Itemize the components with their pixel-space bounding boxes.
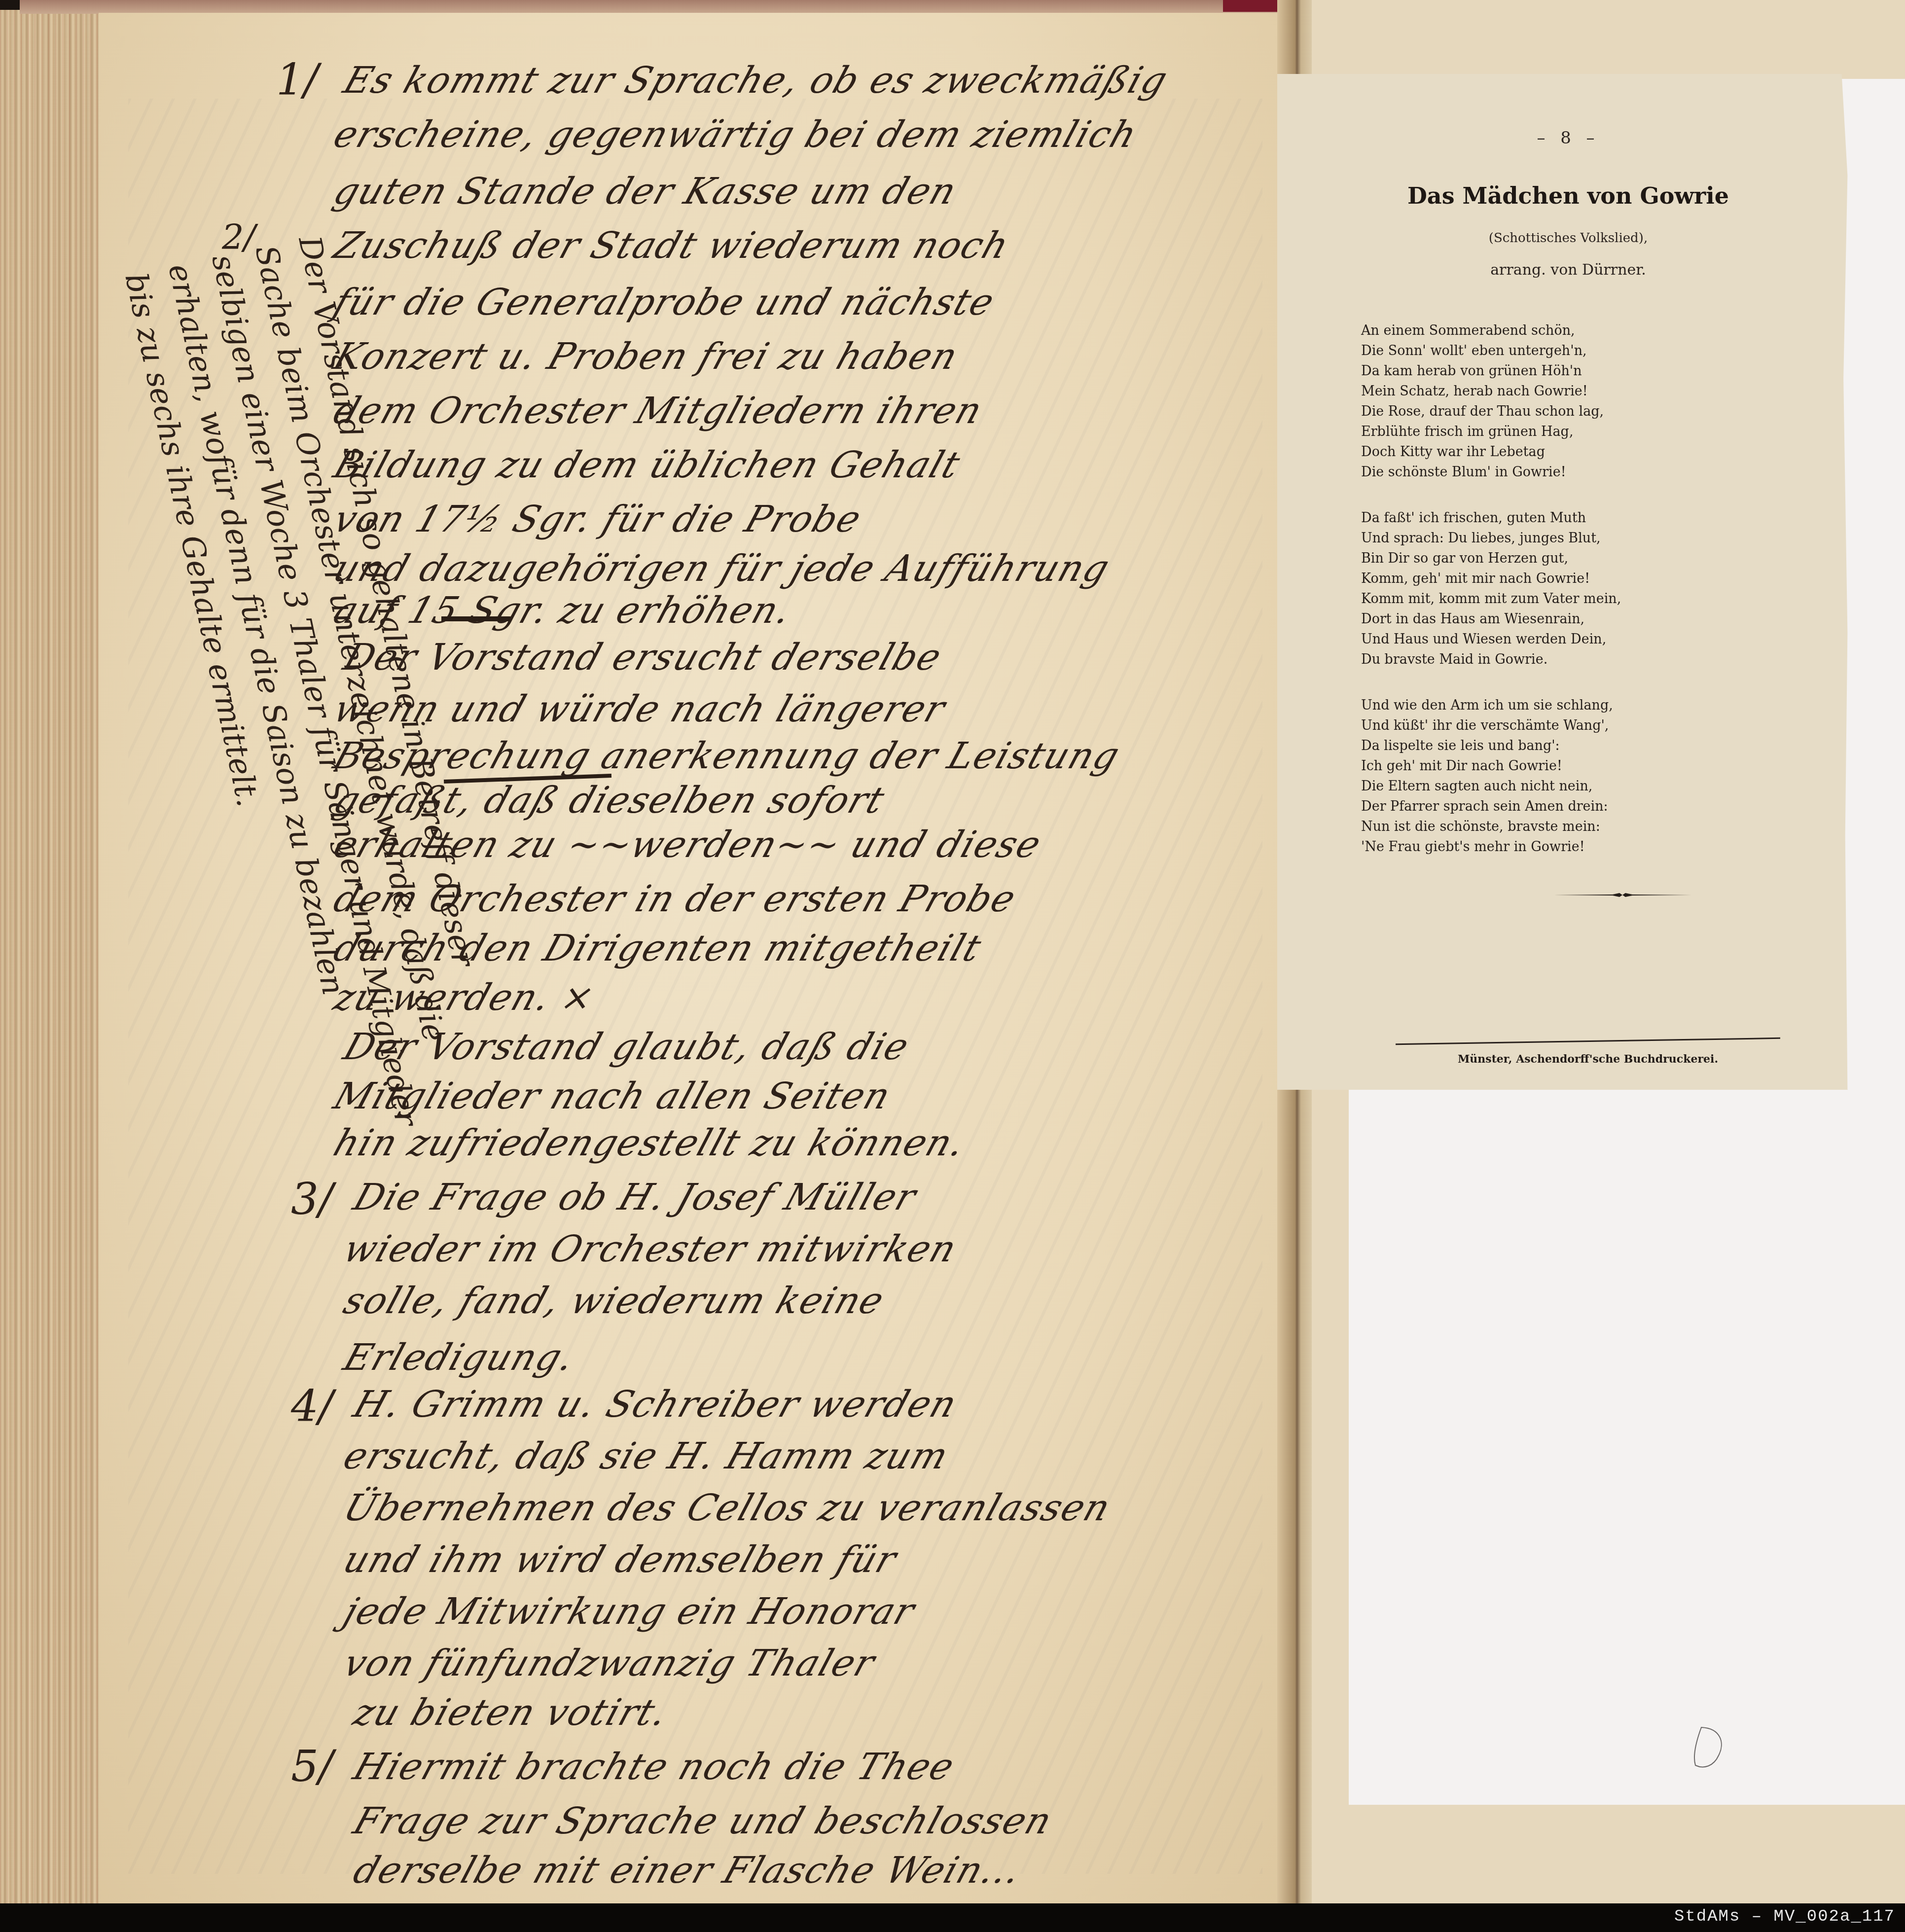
manuscript-line: ersucht, daß sie H. Hamm zum [338,1435,954,1477]
footer-rule [1396,1038,1780,1045]
manuscript-line: Übernehmen des Cellos zu veranlassen [338,1487,1116,1529]
song-subtitle: (Schottisches Volkslied), [1322,231,1815,246]
manuscript-line: H. Grimm u. Schreiber werden [348,1383,963,1426]
verse-line: Und küßt' ihr die verschämte Wang', [1361,716,1613,736]
ornament-divider-icon [1553,893,1691,897]
verse-line: Und Haus und Wiesen werden Dein, [1361,629,1621,649]
manuscript-line: zu bieten votirt. [348,1691,674,1734]
manuscript-line: zu werden. × [328,976,601,1019]
manuscript-line: und dazugehörigen für jede Aufführung [328,547,1115,590]
printer-imprint: Münster, Aschendorff'sche Buchdruckerei. [1322,1053,1854,1066]
verse-line: Die Sonn' wollt' eben untergeh'n, [1361,341,1604,361]
printed-leaflet: – 8 – Das Mädchen von Gowrie (Schottisch… [1277,74,1859,1090]
manuscript-line: dem Orchester Mitgliedern ihren [328,390,988,432]
manuscript-line: erscheine, gegenwärtig bei dem ziemlich [328,113,1143,156]
manuscript-line: Der Vorstand glaubt, daß die [338,1026,915,1068]
manuscript-line: dem Orchester in der ersten Probe [328,878,1022,920]
verse-line: Erblühte frisch im grünen Hag, [1361,422,1604,442]
manuscript-line: wieder im Orchester mitwirken [338,1228,963,1270]
manuscript-line: von 17½ Sgr. für die Probe [328,498,867,540]
manuscript-line: solle, fand, wiederum keine [338,1280,890,1322]
verse-line: Da faßt' ich frischen, guten Muth [1361,508,1621,528]
manuscript-line: wenn und würde nach längerer [328,688,951,730]
manuscript-line: für die Generalprobe und nächste [328,281,1000,323]
manuscript-line: guten Stande der Kasse um den [328,170,962,213]
manuscript-line: Besprechung anerkennung der Leistung [328,735,1125,777]
verse-line: Du bravste Maid in Gowrie. [1361,649,1621,670]
manuscript-line: gefaßt, daß dieselben sofort [328,779,890,822]
book-top-edge [20,0,1312,14]
manuscript-line: Zuschuß der Stadt wiederum noch [328,224,1015,267]
verse-line: Ich geh' mit Dir nach Gowrie! [1361,756,1613,776]
manuscript-line: Mitglieder nach allen Seiten [328,1075,897,1117]
manuscript-line: Erledigung. [338,1336,580,1379]
item-number: 1/ [276,54,319,105]
verse-line: Dort in das Haus am Wiesenrain, [1361,609,1621,629]
verse-line: Die schönste Blum' in Gowrie! [1361,462,1604,482]
manuscript-line: Hiermit brachte noch die Thee [348,1746,960,1788]
item-number: 5/ [291,1741,333,1791]
song-arranger: arrang. von Dürrner. [1322,261,1815,279]
verse-line: Da kam herab von grünen Höh'n [1361,361,1604,381]
item-number: 2/ [222,217,255,257]
verse-line: 'Ne Frau giebt's mehr in Gowrie! [1361,837,1613,857]
verse-line: Und sprach: Du liebes, junges Blut, [1361,528,1621,548]
verse-line: Mein Schatz, herab nach Gowrie! [1361,381,1604,401]
verse-line: Da lispelte sie leis und bang': [1361,736,1613,756]
pencil-mark-d-icon [1691,1726,1726,1770]
stanza-3: Und wie den Arm ich um sie schlang, Und … [1361,695,1613,857]
manuscript-line: und ihm wird demselben für [338,1538,902,1581]
book-page-edges [0,10,101,1932]
verse-line: Die Eltern sagten auch nicht nein, [1361,776,1613,796]
verse-line: Komm mit, komm mit zum Vater mein, [1361,589,1621,609]
stanza-1: An einem Sommerabend schön, Die Sonn' wo… [1361,321,1604,482]
leaflet-page-number: – 8 – [1322,128,1815,148]
manuscript-line: Die Frage ob H. Josef Müller [348,1176,922,1218]
verse-line: Nun ist die schönste, bravste mein: [1361,817,1613,837]
manuscript-line: Der Vorstand ersucht derselbe [338,636,947,679]
manuscript-line: jede Mitwirkung ein Honorar [338,1590,921,1633]
manuscript-line: Bildung zu dem üblichen Gehalt [328,444,966,486]
verse-line: Komm, geh' mit mir nach Gowrie! [1361,569,1621,589]
manuscript-line: durch den Dirigenten mitgetheilt [328,927,987,969]
manuscript-line: von fünfundzwanzig Thaler [338,1642,881,1684]
manuscript-line: auf 15 Sgr. zu erhöhen. [328,589,797,632]
verse-line: Der Pfarrer sprach sein Amen drein: [1361,796,1613,817]
manuscript-line: Konzert u. Proben frei zu haben [328,335,964,378]
verse-line: Doch Kitty war ihr Lebetag [1361,442,1604,462]
manuscript-line: erhalten zu ~~werden~~ und diese [328,823,1047,866]
manuscript-line: Es kommt zur Sprache, ob es zweckmäßig [338,59,1173,102]
manuscript-line: hin zufriedengestellt zu können. [328,1122,971,1164]
item-number: 3/ [291,1174,333,1224]
item-number: 4/ [291,1381,333,1431]
verse-line: Die Rose, drauf der Thau schon lag, [1361,401,1604,422]
verse-line: Und wie den Arm ich um sie schlang, [1361,695,1613,716]
verse-line: An einem Sommerabend schön, [1361,321,1604,341]
archive-reference-label: StdAMs – MV_002a_117 [1674,1907,1895,1926]
underline-mark [441,616,510,621]
manuscript-line: Frage zur Sprache und beschlossen [348,1800,1058,1842]
song-title: Das Mädchen von Gowrie [1322,182,1815,209]
manuscript-line: derselbe mit einer Flasche Wein... [348,1849,1027,1892]
stanza-2: Da faßt' ich frischen, guten Muth Und sp… [1361,508,1621,670]
footer-bar [0,1903,1905,1932]
verse-line: Bin Dir so gar von Herzen gut, [1361,548,1621,569]
